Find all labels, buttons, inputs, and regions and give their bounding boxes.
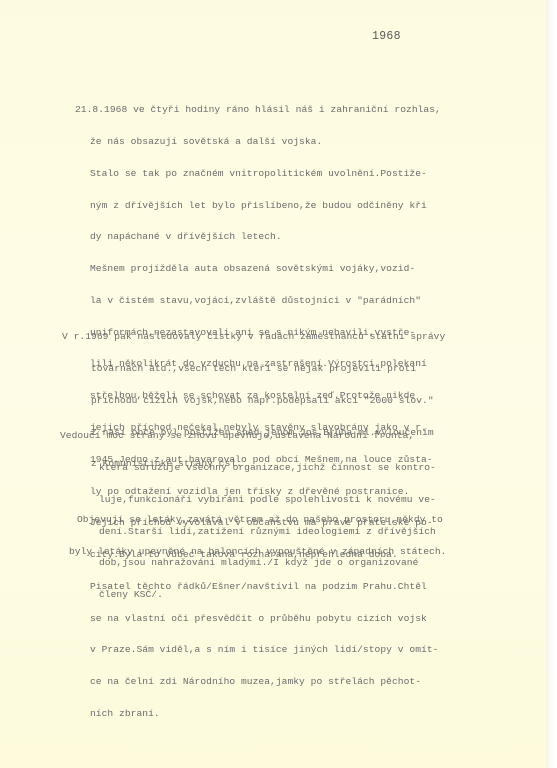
page-header-year: 1968 bbox=[372, 30, 401, 43]
text-line: se na vlastní oči přesvědčit o průběhu p… bbox=[90, 614, 441, 625]
text-line: továrnách atd.,všech těch kteří se nějak… bbox=[91, 364, 445, 375]
page-edge bbox=[546, 0, 557, 768]
text-line: V r.1969 pak následovaly čistky v řadách… bbox=[62, 332, 445, 343]
paragraph-leaflets: Objevují se letáky,zavátá větrem až do n… bbox=[77, 494, 446, 568]
text-line: Objevují se letáky,zavátá větrem až do n… bbox=[77, 515, 446, 526]
text-line: v Praze.Sám viděl,a s ním i tisíce jinýc… bbox=[90, 645, 441, 656]
text-line: příchodu cizích vojsk,nebo např.podepsal… bbox=[91, 396, 445, 407]
text-line: která sdružuje všechny organizace,jichž … bbox=[99, 463, 436, 474]
text-line: ce na čelní zdi Národního muzea,jamky po… bbox=[90, 677, 441, 688]
text-line: byly letáky upevněné na baloncích vypouš… bbox=[69, 547, 446, 558]
text-line: dy napáchané v dřívějších letech. bbox=[90, 232, 441, 243]
text-line: Stalo se tak po značném vnitropolitickém… bbox=[90, 169, 441, 180]
text-line: ným z dřívějších let bylo přislíbeno,že … bbox=[90, 201, 441, 212]
text-line: Vedoucí moc strany se znovu upevňuje,ust… bbox=[60, 431, 436, 442]
text-line: Mešnem projížděla auta obsazená sovětský… bbox=[90, 264, 441, 275]
text-line: že nás obsazují sovětská a další vojska. bbox=[90, 137, 441, 148]
text-line: 21.8.1968 ve čtyři hodiny ráno hlásil ná… bbox=[75, 105, 441, 116]
text-line: ních zbraní. bbox=[90, 709, 441, 720]
text-line: členy KSČ/. bbox=[99, 590, 436, 601]
text-line: la v čistém stavu,vojáci,zvláště důstojn… bbox=[90, 296, 441, 307]
